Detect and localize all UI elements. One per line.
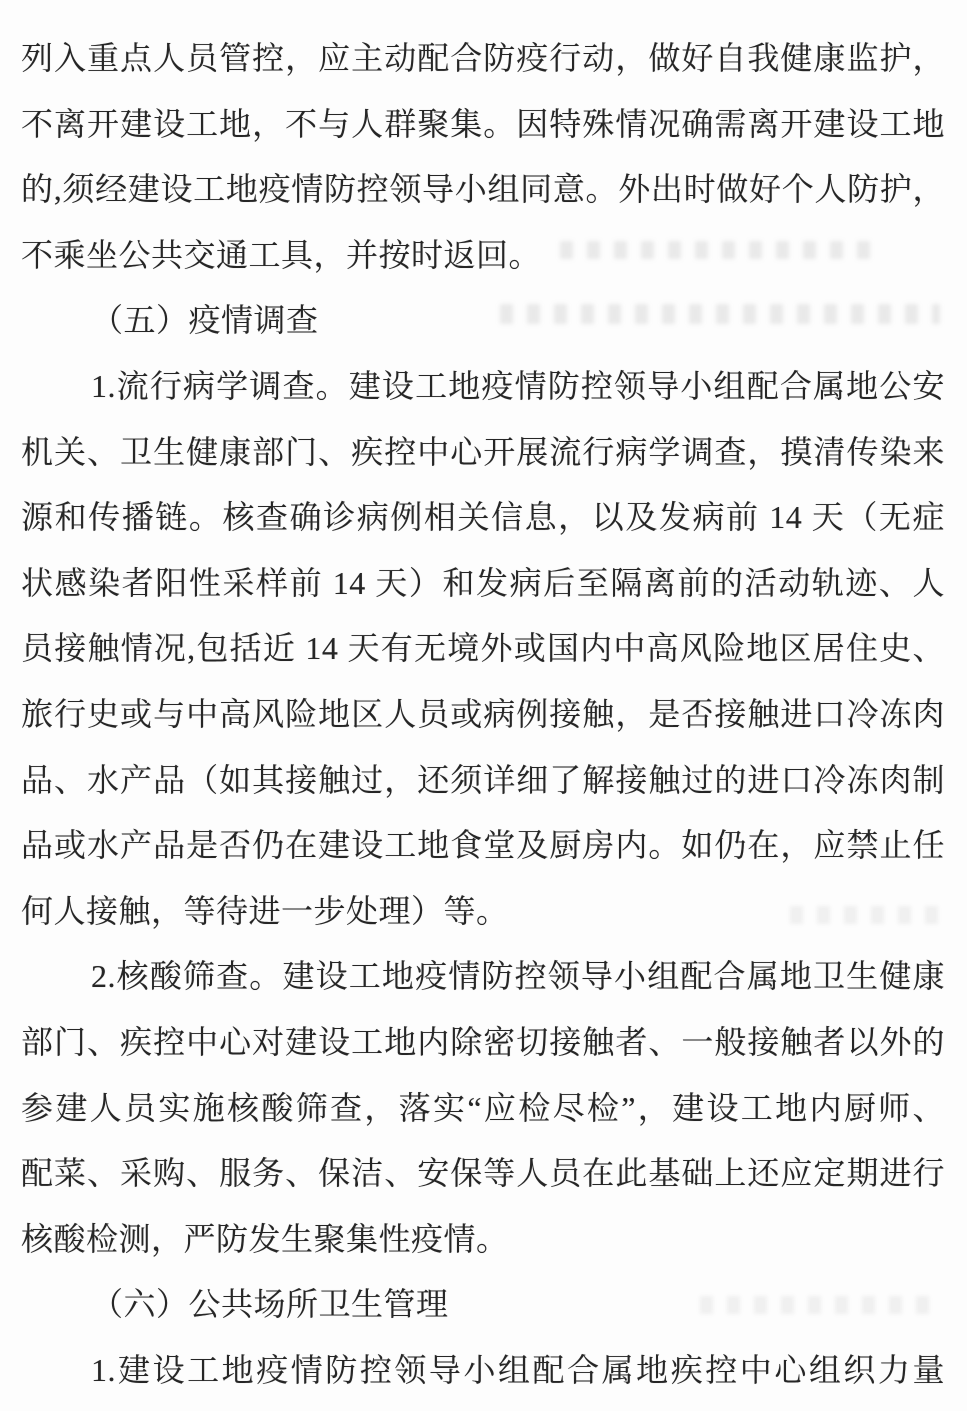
document-page: 列入重点人员管控，应主动配合防疫行动，做好自我健康监护，不离开建设工地，不与人群… — [0, 0, 967, 1411]
text-line: 2.核酸筛查。建设工地疫情防控领导小组配合属地卫生健康 — [21, 944, 945, 1010]
text-line: 品、水产品（如其接触过，还须详细了解接触过的进口冷冻肉制 — [21, 748, 945, 814]
text-line: 列入重点人员管控，应主动配合防疫行动，做好自我健康监护， — [21, 26, 945, 92]
text-line: 不离开建设工地，不与人群聚集。因特殊情况确需离开建设工地 — [21, 92, 945, 158]
text-line: 部门、疾控中心对建设工地内除密切接触者、一般接触者以外的 — [21, 1010, 945, 1076]
text-line: 1.建设工地疫情防控领导小组配合属地疾控中心组织力量 — [21, 1338, 945, 1404]
text-line: 何人接触，等待进一步处理）等。 — [21, 879, 945, 945]
text-line: 品或水产品是否仍在建设工地食堂及厨房内。如仍在，应禁止任 — [21, 813, 945, 879]
text-line: 核酸检测，严防发生聚集性疫情。 — [21, 1207, 945, 1273]
text-line: 的,须经建设工地疫情防控领导小组同意。外出时做好个人防护， — [21, 157, 945, 223]
text-line: （六）公共场所卫生管理 — [21, 1272, 945, 1338]
text-line: 机关、卫生健康部门、疾控中心开展流行病学调查，摸清传染来 — [21, 420, 945, 486]
text-line: 参建人员实施核酸筛查，落实“应检尽检”，建设工地内厨师、 — [21, 1076, 945, 1142]
text-line: 员接触情况,包括近 14 天有无境外或国内中高风险地区居住史、 — [21, 616, 945, 682]
text-line: （五）疫情调查 — [21, 288, 945, 354]
text-line: 状感染者阳性采样前 14 天）和发病后至隔离前的活动轨迹、人 — [21, 551, 945, 617]
text-line: 不乘坐公共交通工具，并按时返回。 — [21, 223, 945, 289]
text-line: 配菜、采购、服务、保洁、安保等人员在此基础上还应定期进行 — [21, 1141, 945, 1207]
document-body: 列入重点人员管控，应主动配合防疫行动，做好自我健康监护，不离开建设工地，不与人群… — [21, 26, 945, 1403]
text-line: 源和传播链。核查确诊病例相关信息，以及发病前 14 天（无症 — [21, 485, 945, 551]
text-line: 1.流行病学调查。建设工地疫情防控领导小组配合属地公安 — [21, 354, 945, 420]
text-line: 旅行史或与中高风险地区人员或病例接触，是否接触进口冷冻肉 — [21, 682, 945, 748]
